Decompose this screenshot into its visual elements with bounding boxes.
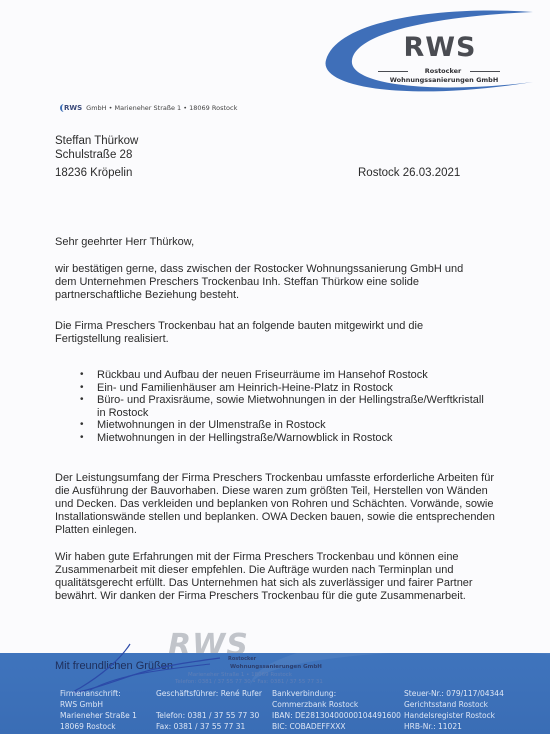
footer-label: Bankverbindung: — [272, 688, 401, 699]
sender-address-line: RWS GmbH • Marieneher Straße 1 • 18069 R… — [60, 104, 237, 112]
logo-subtitle: Wohnungssanierungen GmbH — [364, 76, 524, 84]
footer-text: Handelsregister Rostock — [404, 710, 504, 721]
footer-fax: Fax: 0381 / 37 55 77 31 — [156, 721, 262, 732]
sender-address: GmbH • Marieneher Straße 1 • 18069 Rosto… — [86, 104, 237, 112]
salutation: Sehr geehrter Herr Thürkow, — [55, 236, 495, 249]
project-list: Rückbau und Aufbau der neuen Friseurräum… — [80, 369, 490, 444]
footer-company-address: Firmenanschrift: RWS GmbH Marieneher Str… — [60, 688, 137, 732]
footer-text — [156, 699, 262, 710]
footer-text: Marieneher Straße 1 — [60, 710, 137, 721]
footer-text: Gerichtsstand Rostock — [404, 699, 504, 710]
footer-label: Geschäftsführer: René Rufer — [156, 688, 262, 699]
logo-subtitle: Rostocker — [368, 67, 518, 75]
footer-iban: IBAN: DE28130400000104491600 — [272, 710, 401, 721]
recipient-street: Schulstraße 28 — [55, 148, 138, 162]
recipient-city: 18236 Kröpelin — [55, 167, 132, 179]
recipient-address: Steffan Thürkow Schulstraße 28 — [55, 134, 138, 162]
list-item: Ein- und Familienhäuser am Heinrich-Hein… — [80, 382, 490, 395]
footer-hrb: HRB-Nr.: 11021 — [404, 721, 504, 732]
footer-tax-number: Steuer-Nr.: 079/117/04344 — [404, 688, 504, 699]
paragraph-scope: Der Leistungsumfang der Firma Preschers … — [55, 472, 505, 537]
footer-phone: Telefon: 0381 / 37 55 77 30 — [156, 710, 262, 721]
letter-date: Rostock 26.03.2021 — [358, 167, 460, 179]
mini-logo: RWS — [60, 104, 82, 112]
paragraph-intro: wir bestätigen gerne, dass zwischen der … — [55, 263, 485, 302]
footer-bic: BIC: COBADEFFXXX — [272, 721, 401, 732]
footer-bank-details: Bankverbindung: Commerzbank Rostock IBAN… — [272, 688, 401, 732]
logo-text: RWS — [390, 32, 490, 63]
company-logo: RWS Rostocker Wohnungssanierungen GmbH — [318, 8, 543, 100]
footer-text: 18069 Rostock — [60, 721, 137, 732]
footer-management-contact: Geschäftsführer: René Rufer Telefon: 038… — [156, 688, 262, 732]
list-item: Mietwohnungen in der Ulmenstraße in Rost… — [80, 419, 490, 432]
paragraph-recommendation: Wir haben gute Erfahrungen mit der Firma… — [55, 551, 505, 603]
paragraph-projects-intro: Die Firma Preschers Trockenbau hat an fo… — [55, 320, 485, 346]
list-item: Büro- und Praxisräume, sowie Mietwohnung… — [80, 394, 490, 419]
footer-label: Firmenanschrift: — [60, 688, 137, 699]
footer-text: Commerzbank Rostock — [272, 699, 401, 710]
list-item: Mietwohnungen in der Hellingstraße/Warno… — [80, 432, 490, 445]
list-item: Rückbau und Aufbau der neuen Friseurräum… — [80, 369, 490, 382]
footer-text: RWS GmbH — [60, 699, 137, 710]
footer-registry: Steuer-Nr.: 079/117/04344 Gerichtsstand … — [404, 688, 504, 732]
recipient-name: Steffan Thürkow — [55, 134, 138, 148]
